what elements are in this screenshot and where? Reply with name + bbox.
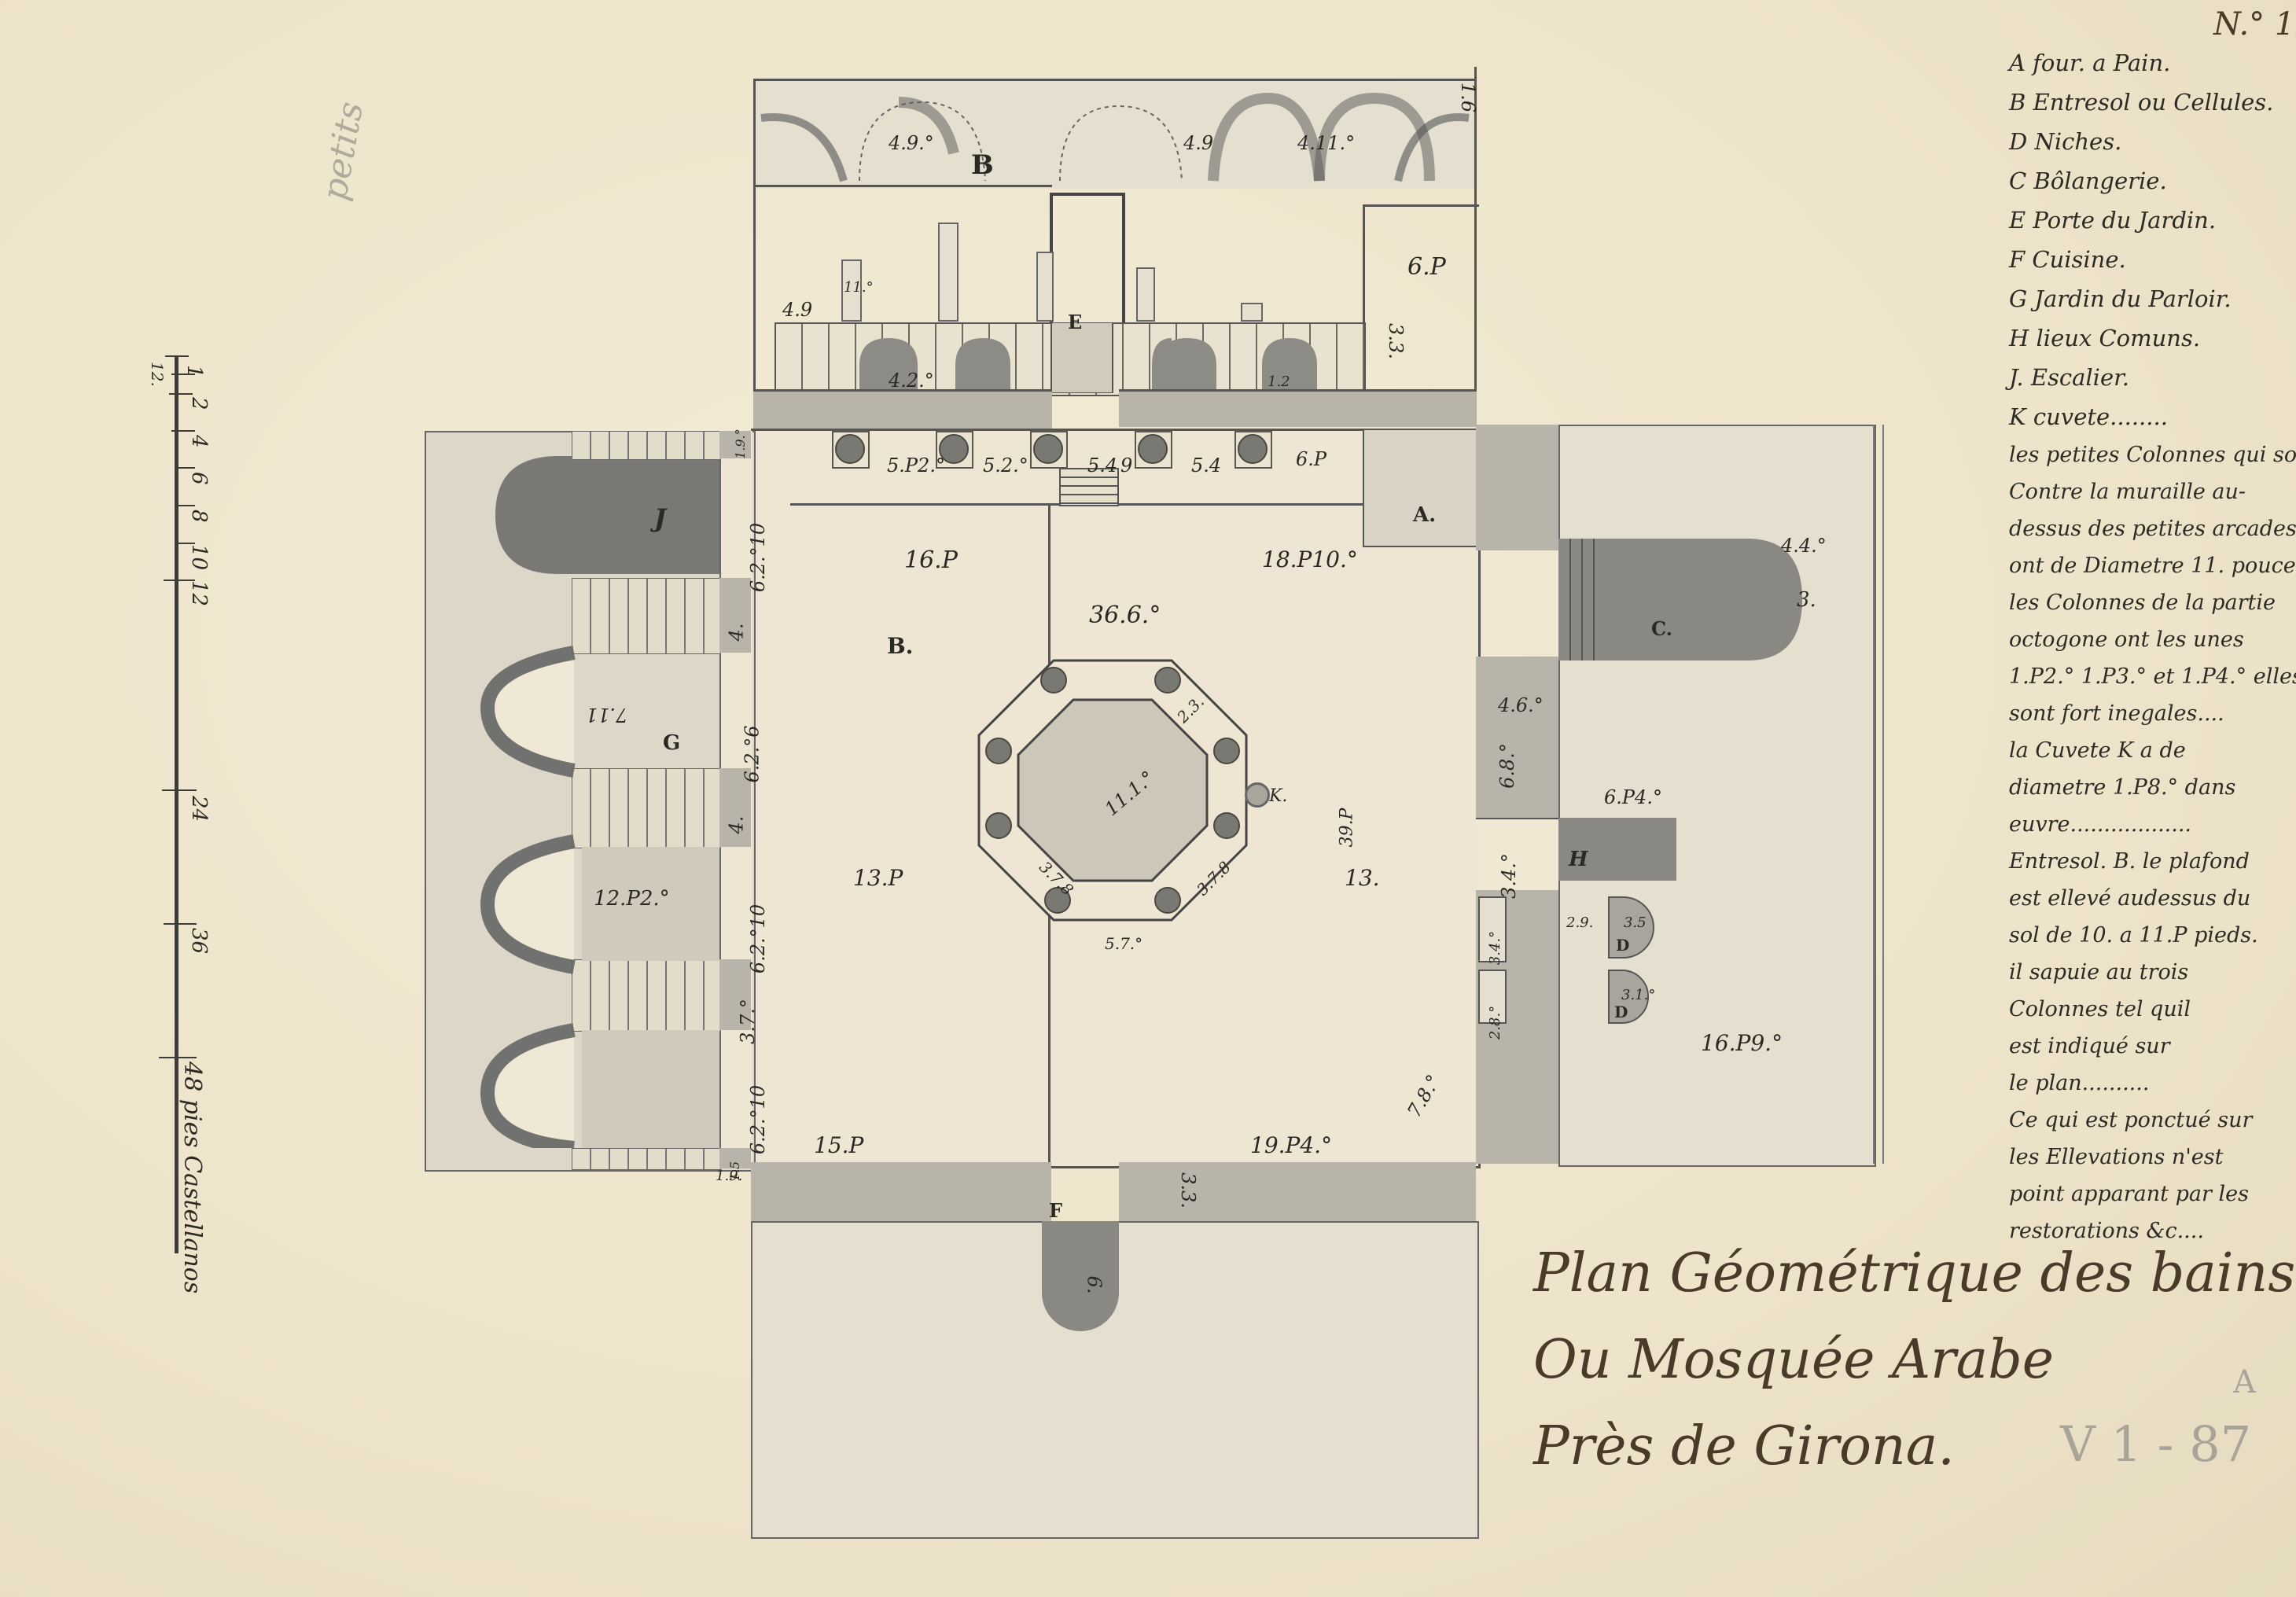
dim-right-12: 16.P9.° <box>1701 1030 1783 1056</box>
legend-note: ont de Diametre 11. pouces <box>2009 547 2284 584</box>
dim-elev-low-2: 11.° <box>844 279 874 296</box>
title-line-2: Ou Mosquée Arabe <box>1533 1329 2054 1391</box>
legend-note: diametre 1.P8.° dans <box>2009 769 2284 806</box>
dim-main-2: 18.P10.° <box>1262 546 1358 572</box>
legend-item-F: F Cuisine. <box>2009 240 2284 279</box>
dim-elev-top-4: 1.6 <box>1457 83 1479 112</box>
legend-item-D: D Niches. <box>2009 122 2284 161</box>
dim-elev-top-2: 4.9 <box>1183 132 1213 154</box>
bakery-C <box>1558 539 1806 661</box>
dim-left-7: 12.P2.° <box>594 887 670 911</box>
title-line-3: Près de Girona. <box>1533 1415 1955 1477</box>
dim-right-10: 3.1.° <box>1621 987 1655 1003</box>
label-C-bakery: C. <box>1651 617 1672 640</box>
scale-tick-36: 36 <box>187 928 211 954</box>
legend-note: est ellevé audessus du <box>2009 880 2284 917</box>
title-line-1: Plan Géométrique des bains <box>1533 1242 2295 1304</box>
dim-colonnade-5: 5.4 <box>1191 454 1221 477</box>
dim-left-12: 1.9. <box>716 1168 742 1184</box>
legend-note: euvre.................. <box>2009 806 2284 843</box>
dim-main-8: 19.P4.° <box>1250 1132 1332 1158</box>
dim-main-7: 15.P <box>814 1132 863 1158</box>
legend-item-C: C Bôlangerie. <box>2009 161 2284 201</box>
dim-elev-low-3: 4.2.° <box>889 370 934 392</box>
dim-right-4: 6.8.° <box>1496 743 1518 789</box>
label-H-latrines: H <box>1569 848 1588 871</box>
legend-note: point apparant par les <box>2009 1176 2284 1212</box>
legend-note: les petites Colonnes qui sont <box>2009 436 2284 473</box>
dim-left-3: 4. <box>725 624 747 642</box>
pencil-reference: V 1 - 87 <box>2060 1415 2251 1473</box>
dim-elev-low-4: 1.2 <box>1268 373 1290 390</box>
dim-left-4: 7.11 <box>586 704 627 726</box>
scale-tick-12: 12 <box>187 580 211 606</box>
legend-note: les Ellevations n'est <box>2009 1139 2284 1176</box>
scale-tick-24: 24 <box>187 796 211 822</box>
dim-octagon-5: 5.7.° <box>1105 934 1142 953</box>
dim-right-3: 4.6.° <box>1498 694 1544 716</box>
label-A-bread-oven: A. <box>1413 503 1436 527</box>
dim-kitchen-1: 6. <box>1083 1276 1105 1294</box>
legend-note: dessus des petites arcades <box>2009 510 2284 547</box>
dim-left-8: 6.2.°10 <box>747 904 769 973</box>
sheet-number: N.° 19 <box>2213 6 2296 42</box>
dim-right-6: 3.4.° <box>1498 853 1520 899</box>
label-F-kitchen: F <box>1049 1199 1062 1222</box>
scale-top-label: 12. <box>148 362 167 387</box>
legend-note: octogone ont les unes <box>2009 621 2284 658</box>
dim-left-1: 1.9.° <box>733 429 748 459</box>
label-D-niche-2: D <box>1614 1003 1628 1021</box>
label-D-niche-1: D <box>1616 936 1629 955</box>
dim-right-11: 2.8.° <box>1487 1006 1503 1040</box>
legend-note: Entresol. B. le plafond <box>2009 843 2284 880</box>
legend-note: Colonnes tel quil <box>2009 991 2284 1028</box>
dim-left-6: 4. <box>725 816 747 834</box>
legend-note: sol de 10. a 11.P pieds. <box>2009 917 2284 954</box>
scale-tick-1: 1 <box>182 365 206 378</box>
upper-arches <box>753 79 1477 189</box>
legend-note: 1.P2.° 1.P3.° et 1.P4.° elles <box>2009 658 2284 695</box>
dim-right-2: 3. <box>1797 588 1816 612</box>
dim-colonnade-6: 6.P <box>1296 448 1326 470</box>
legend-item-B: B Entresol ou Cellules. <box>2009 83 2284 122</box>
label-B-main: B. <box>887 633 913 659</box>
legend-item-K: K cuvete........ <box>2009 397 2284 436</box>
scale-unit-label: 48 pies Castellanos <box>178 1062 206 1293</box>
legend-note: Ce qui est ponctué sur <box>2009 1102 2284 1139</box>
legend: A four. a Pain. B Entresol ou Cellules. … <box>2009 43 2284 1249</box>
dim-elev-low-1: 4.9 <box>782 299 812 321</box>
legend-note: il sapuie au trois <box>2009 954 2284 991</box>
scale-tick-6: 6 <box>187 472 211 485</box>
dim-elev-top-3: 4.11.° <box>1297 132 1355 154</box>
dim-main-10: 3.3. <box>1177 1172 1199 1209</box>
dim-main-1: 16.P <box>904 546 958 574</box>
label-B-entresol: B <box>971 149 994 181</box>
legend-note: est indiqué sur <box>2009 1028 2284 1065</box>
dim-colonnade-2: 5.2.° <box>983 454 1028 477</box>
legend-note: le plan.......... <box>2009 1065 2284 1102</box>
dim-elev-low-5: 6.P <box>1407 253 1446 281</box>
legend-item-G: G Jardin du Parloir. <box>2009 279 2284 318</box>
garden-arches <box>480 645 582 1148</box>
legend-item-H: H lieux Comuns. <box>2009 318 2284 358</box>
dim-right-8: 3.5 <box>1624 914 1647 931</box>
scale-tick-10: 10 <box>187 544 211 570</box>
dim-elev-low-6: 3.3. <box>1385 323 1407 359</box>
scale-tick-8: 8 <box>187 510 211 523</box>
legend-note: les Colonnes de la partie <box>2009 584 2284 621</box>
label-E-garden-door: E <box>1068 311 1082 333</box>
pencil-mark: A <box>2233 1364 2256 1400</box>
stair-J <box>495 456 723 574</box>
dim-colonnade-4: 9 <box>1120 454 1132 477</box>
legend-note: sont fort inegales.... <box>2009 695 2284 732</box>
dim-left-9: 3.7.° <box>737 999 759 1044</box>
dim-elev-top-1: 4.9.° <box>889 132 934 154</box>
dim-left-2: 6.2.°10 <box>747 523 769 592</box>
dim-right-7: 2.9. <box>1566 914 1593 931</box>
legend-note: Contre la muraille au- <box>2009 473 2284 510</box>
legend-item-E: E Porte du Jardin. <box>2009 201 2284 240</box>
dim-main-3: 36.6.° <box>1089 602 1161 629</box>
dim-right-9: 3.4.° <box>1487 931 1503 965</box>
legend-note: la Cuvete K a de <box>2009 732 2284 769</box>
label-G-garden: G <box>663 731 680 755</box>
label-K-basin: K. <box>1269 786 1287 806</box>
dim-left-10: 6.2.°10 <box>747 1085 769 1154</box>
dim-main-4: 13.P <box>853 865 903 891</box>
label-J-stair: J <box>654 503 666 533</box>
legend-item-J: J. Escalier. <box>2009 358 2284 397</box>
legend-item-A: A four. a Pain. <box>2009 43 2284 83</box>
dim-colonnade-1: 5.P2.° <box>887 454 945 477</box>
dim-left-5: 6.2.°6 <box>741 725 763 782</box>
dim-colonnade-3: 5.4 <box>1087 454 1117 477</box>
dim-main-6: 39.P <box>1337 808 1356 848</box>
dim-right-1: 4.4.° <box>1781 535 1827 557</box>
dim-right-5: 6.P4.° <box>1604 786 1662 808</box>
scale-tick-4: 4 <box>187 435 211 448</box>
scale-tick-2: 2 <box>187 397 211 410</box>
dim-main-5: 13. <box>1345 865 1380 891</box>
